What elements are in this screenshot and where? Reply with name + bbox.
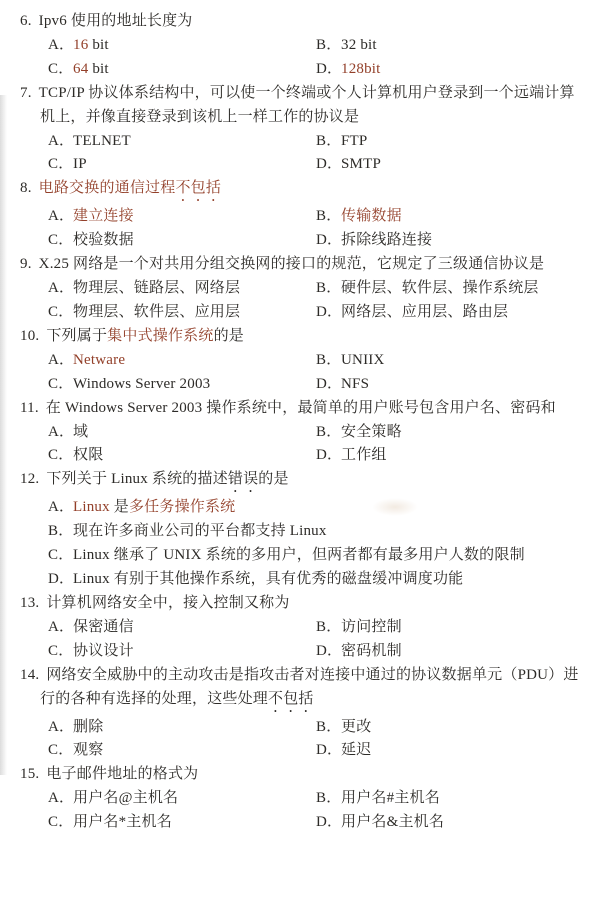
option-text: 用户名@主机名 bbox=[73, 790, 178, 806]
text-segment: 现在许多商业公司的平台都支持 Linux bbox=[73, 523, 327, 539]
option: D．128bit bbox=[316, 58, 584, 82]
text-segment: 观察 bbox=[73, 742, 103, 758]
option: C．64 bit bbox=[48, 58, 316, 82]
text-segment: Linux 继承了 UNIX 系统的多用户，但两者都有最多用户人数的限制 bbox=[73, 547, 525, 563]
option-text: 硬件层、软件层、操作系统层 bbox=[341, 280, 539, 296]
option: D．Linux 有别于其他操作系统，具有优秀的磁盘缓冲调度功能 bbox=[48, 568, 584, 592]
option-text: 删除 bbox=[73, 719, 103, 735]
option-label: A． bbox=[48, 34, 73, 58]
text-segment: TCP/IP 协议体系结构中，可以使一个终端或个人计算机用户登录到一个远端计算机… bbox=[39, 85, 575, 125]
option-label: B． bbox=[316, 349, 341, 373]
question-title: 13.计算机网络安全中，接入控制又称为 bbox=[0, 592, 584, 616]
text-segment: 电路交换的通信过程 bbox=[39, 180, 176, 196]
option: B．32 bit bbox=[316, 34, 584, 58]
option: C．IP bbox=[48, 153, 316, 177]
text-segment: 建立连接 bbox=[73, 208, 134, 224]
text-segment: 32 bit bbox=[341, 37, 377, 53]
text-segment: 的是 bbox=[258, 471, 288, 487]
option: B．更改 bbox=[316, 716, 584, 740]
text-segment: 计算机网络安全中，接入控制又称为 bbox=[46, 595, 289, 611]
option-text: 用户名&主机名 bbox=[341, 814, 444, 830]
text-segment: 集中式操作系统 bbox=[107, 328, 213, 344]
option-label: C． bbox=[48, 640, 73, 664]
option: A．Linux 是多任务操作系统 bbox=[48, 496, 584, 520]
question: 15.电子邮件地址的格式为A．用户名@主机名B．用户名#主机名C．用户名*主机名… bbox=[0, 763, 584, 835]
text-segment: Windows Server 2003 bbox=[73, 376, 210, 392]
question-title: 8.电路交换的通信过程不包括 bbox=[0, 177, 584, 205]
option-text: 物理层、软件层、应用层 bbox=[73, 304, 240, 320]
option: C．协议设计 bbox=[48, 640, 316, 664]
option-text: 用户名#主机名 bbox=[341, 790, 440, 806]
question-title: 6.Ipv6 使用的地址长度为 bbox=[0, 10, 584, 34]
option-label: C． bbox=[48, 373, 73, 397]
text-segment: 延迟 bbox=[341, 742, 371, 758]
option-text: 访问控制 bbox=[341, 619, 402, 635]
options-grid: A．域B．安全策略C．权限D．工作组 bbox=[0, 421, 584, 469]
text-segment: 硬件层、软件层、操作系统层 bbox=[341, 280, 539, 296]
text-segment: 安全策略 bbox=[341, 424, 402, 440]
question-title: 11.在 Windows Server 2003 操作系统中，最简单的用户账号包… bbox=[0, 397, 584, 421]
text-segment: UNIIX bbox=[341, 352, 385, 368]
option-label: B． bbox=[316, 205, 341, 229]
option: B．FTP bbox=[316, 130, 584, 154]
text-segment: NFS bbox=[341, 376, 369, 392]
option-label: C． bbox=[48, 58, 73, 82]
question-list: 6.Ipv6 使用的地址长度为A．16 bitB．32 bitC．64 bitD… bbox=[0, 10, 584, 835]
option: C．观察 bbox=[48, 739, 316, 763]
option-label: C． bbox=[48, 301, 73, 325]
option-text: Netware bbox=[73, 352, 125, 368]
text-segment: Linux 有别于其他操作系统，具有优秀的磁盘缓冲调度功能 bbox=[73, 571, 463, 587]
text-segment: TELNET bbox=[73, 133, 131, 149]
option: A．TELNET bbox=[48, 130, 316, 154]
option-label: D． bbox=[316, 640, 341, 664]
text-segment: 电子邮件地址的格式为 bbox=[46, 766, 198, 782]
option: C．校验数据 bbox=[48, 229, 316, 253]
option-text: 16 bit bbox=[73, 37, 109, 53]
option-label: C． bbox=[48, 739, 73, 763]
option-label: B． bbox=[316, 130, 341, 154]
option: B．安全策略 bbox=[316, 421, 584, 445]
option-text: 用户名*主机名 bbox=[73, 814, 172, 830]
text-segment: 下列属于 bbox=[46, 328, 107, 344]
option-label: A． bbox=[48, 496, 73, 520]
option-label: A． bbox=[48, 787, 73, 811]
option: A．Netware bbox=[48, 349, 316, 373]
options-grid: A．保密通信B．访问控制C．协议设计D．密码机制 bbox=[0, 616, 584, 664]
question-title: 10.下列属于集中式操作系统的是 bbox=[0, 325, 584, 349]
option: A．域 bbox=[48, 421, 316, 445]
text-segment: X.25 网络是一个对共用分组交换网的接口的规范，它规定了三级通信协议是 bbox=[39, 256, 545, 272]
option: B．访问控制 bbox=[316, 616, 584, 640]
text-segment: 物理层、软件层、应用层 bbox=[73, 304, 240, 320]
option-text: 网络层、应用层、路由层 bbox=[341, 304, 508, 320]
options-grid: A．NetwareB．UNIIXC．Windows Server 2003D．N… bbox=[0, 349, 584, 397]
text-segment: 用户名@主机名 bbox=[73, 790, 178, 806]
question-title: 14.网络安全威胁中的主动攻击是指攻击者对连接中通过的协议数据单元（PDU）进行… bbox=[0, 664, 584, 716]
question-title: 7.TCP/IP 协议体系结构中，可以使一个终端或个人计算机用户登录到一个远端计… bbox=[0, 82, 584, 130]
option-label: D． bbox=[48, 568, 73, 592]
question: 13.计算机网络安全中，接入控制又称为A．保密通信B．访问控制C．协议设计D．密… bbox=[0, 592, 584, 664]
option-text: Linux 继承了 UNIX 系统的多用户，但两者都有最多用户人数的限制 bbox=[73, 547, 525, 563]
option: B．现在许多商业公司的平台都支持 Linux bbox=[48, 520, 584, 544]
text-segment: 域 bbox=[73, 424, 88, 440]
option-text: 32 bit bbox=[341, 37, 377, 53]
option-label: D． bbox=[316, 739, 341, 763]
option: B．硬件层、软件层、操作系统层 bbox=[316, 277, 584, 301]
option: D．延迟 bbox=[316, 739, 584, 763]
question: 14.网络安全威胁中的主动攻击是指攻击者对连接中通过的协议数据单元（PDU）进行… bbox=[0, 664, 584, 764]
option-label: D． bbox=[316, 373, 341, 397]
option-label: D． bbox=[316, 229, 341, 253]
option: A．建立连接 bbox=[48, 205, 316, 229]
option: A．用户名@主机名 bbox=[48, 787, 316, 811]
question: 11.在 Windows Server 2003 操作系统中，最简单的用户账号包… bbox=[0, 397, 584, 469]
option-text: Linux 有别于其他操作系统，具有优秀的磁盘缓冲调度功能 bbox=[73, 571, 463, 587]
text-segment: 工作组 bbox=[341, 447, 387, 463]
option-text: Windows Server 2003 bbox=[73, 376, 210, 392]
text-segment: FTP bbox=[341, 133, 367, 149]
option-text: 建立连接 bbox=[73, 208, 134, 224]
text-segment: 传输数据 bbox=[341, 208, 402, 224]
option-label: D． bbox=[316, 444, 341, 468]
option-label: C． bbox=[48, 444, 73, 468]
text-segment: 删除 bbox=[73, 719, 103, 735]
question-title: 15.电子邮件地址的格式为 bbox=[0, 763, 584, 787]
text-segment: SMTP bbox=[341, 156, 381, 172]
text-segment: IP bbox=[73, 156, 87, 172]
option-text: SMTP bbox=[341, 156, 381, 172]
question-number: 9. bbox=[20, 256, 32, 272]
text-segment: 校验数据 bbox=[73, 232, 134, 248]
option: C．Linux 继承了 UNIX 系统的多用户，但两者都有最多用户人数的限制 bbox=[48, 544, 584, 568]
option-label: D． bbox=[316, 153, 341, 177]
option: D．用户名&主机名 bbox=[316, 811, 584, 835]
text-segment: 网络层、应用层、路由层 bbox=[341, 304, 508, 320]
text-segment: 的是 bbox=[214, 328, 244, 344]
options-grid: A．建立连接B．传输数据C．校验数据D．拆除线路连接 bbox=[0, 205, 584, 253]
text-segment: 用户名#主机名 bbox=[341, 790, 440, 806]
text-segment: 权限 bbox=[73, 447, 103, 463]
option-text: 协议设计 bbox=[73, 643, 134, 659]
text-segment: 保密通信 bbox=[73, 619, 134, 635]
question: 8.电路交换的通信过程不包括A．建立连接B．传输数据C．校验数据D．拆除线路连接 bbox=[0, 177, 584, 253]
text-segment: Netware bbox=[73, 352, 125, 368]
text-segment: 密码机制 bbox=[341, 643, 402, 659]
question-number: 6. bbox=[20, 13, 32, 29]
options-grid: A．用户名@主机名B．用户名#主机名C．用户名*主机名D．用户名&主机名 bbox=[0, 787, 584, 835]
text-segment: 协议设计 bbox=[73, 643, 134, 659]
option: A．删除 bbox=[48, 716, 316, 740]
options-grid: A．物理层、链路层、网络层B．硬件层、软件层、操作系统层C．物理层、软件层、应用… bbox=[0, 277, 584, 325]
text-segment: bit bbox=[88, 61, 108, 77]
text-segment: 用户名*主机名 bbox=[73, 814, 172, 830]
question-number: 14. bbox=[20, 667, 39, 683]
option-label: D． bbox=[316, 301, 341, 325]
option: C．Windows Server 2003 bbox=[48, 373, 316, 397]
question-number: 10. bbox=[20, 328, 39, 344]
option-text: 观察 bbox=[73, 742, 103, 758]
option: C．权限 bbox=[48, 444, 316, 468]
option: D．SMTP bbox=[316, 153, 584, 177]
text-segment: 错误 bbox=[228, 471, 258, 487]
option-label: D． bbox=[316, 811, 341, 835]
option-label: A． bbox=[48, 716, 73, 740]
option-text: 权限 bbox=[73, 447, 103, 463]
option: A．物理层、链路层、网络层 bbox=[48, 277, 316, 301]
question: 6.Ipv6 使用的地址长度为A．16 bitB．32 bitC．64 bitD… bbox=[0, 10, 584, 82]
option-label: B． bbox=[316, 716, 341, 740]
option-label: A． bbox=[48, 277, 73, 301]
option-text: 更改 bbox=[341, 719, 371, 735]
option: D．网络层、应用层、路由层 bbox=[316, 301, 584, 325]
option-label: B． bbox=[316, 787, 341, 811]
options-grid: A．删除B．更改C．观察D．延迟 bbox=[0, 716, 584, 764]
question-number: 13. bbox=[20, 595, 39, 611]
option: C．用户名*主机名 bbox=[48, 811, 316, 835]
option-label: C． bbox=[48, 544, 73, 568]
text-segment: 访问控制 bbox=[341, 619, 402, 635]
text-segment: 是 bbox=[114, 499, 129, 515]
option-text: UNIIX bbox=[341, 352, 385, 368]
option: B．传输数据 bbox=[316, 205, 584, 229]
option-text: 现在许多商业公司的平台都支持 Linux bbox=[73, 523, 327, 539]
option-text: 延迟 bbox=[341, 742, 371, 758]
options-grid: A．TELNETB．FTPC．IPD．SMTP bbox=[0, 130, 584, 178]
text-segment: 下列关于 Linux 系统的描述 bbox=[46, 471, 228, 487]
option-label: B． bbox=[316, 616, 341, 640]
text-segment: 16 bbox=[73, 37, 88, 53]
option-label: A． bbox=[48, 421, 73, 445]
option-text: NFS bbox=[341, 376, 369, 392]
text-segment: 更改 bbox=[341, 719, 371, 735]
option-text: 64 bit bbox=[73, 61, 109, 77]
options-grid: A．Linux 是多任务操作系统B．现在许多商业公司的平台都支持 LinuxC．… bbox=[0, 496, 584, 592]
option-text: FTP bbox=[341, 133, 367, 149]
option-label: A． bbox=[48, 349, 73, 373]
option-label: D． bbox=[316, 58, 341, 82]
text-segment: 用户名&主机名 bbox=[341, 814, 444, 830]
text-segment: 不包括 bbox=[268, 691, 314, 707]
question: 9.X.25 网络是一个对共用分组交换网的接口的规范，它规定了三级通信协议是A．… bbox=[0, 253, 584, 325]
option-label: B． bbox=[316, 421, 341, 445]
text-segment: bit bbox=[88, 37, 108, 53]
option: D．NFS bbox=[316, 373, 584, 397]
option-text: 工作组 bbox=[341, 447, 387, 463]
option-text: 域 bbox=[73, 424, 88, 440]
text-segment: 拆除线路连接 bbox=[341, 232, 432, 248]
option: D．工作组 bbox=[316, 444, 584, 468]
text-segment: 多任务操作系统 bbox=[129, 499, 235, 515]
question-number: 12. bbox=[20, 471, 39, 487]
text-segment: 物理层、链路层、网络层 bbox=[73, 280, 240, 296]
option: D．密码机制 bbox=[316, 640, 584, 664]
option-text: TELNET bbox=[73, 133, 131, 149]
option-text: 拆除线路连接 bbox=[341, 232, 432, 248]
option-text: Linux 是多任务操作系统 bbox=[73, 499, 235, 515]
text-segment: 在 Windows Server 2003 操作系统中，最简单的用户账号包含用户… bbox=[46, 400, 556, 416]
question: 10.下列属于集中式操作系统的是A．NetwareB．UNIIXC．Window… bbox=[0, 325, 584, 397]
options-grid: A．16 bitB．32 bitC．64 bitD．128bit bbox=[0, 34, 584, 82]
option-label: B． bbox=[48, 520, 73, 544]
option: C．物理层、软件层、应用层 bbox=[48, 301, 316, 325]
text-segment: 不包括 bbox=[175, 180, 221, 196]
text-segment: 128bit bbox=[341, 61, 381, 77]
option: B．UNIIX bbox=[316, 349, 584, 373]
option: A．保密通信 bbox=[48, 616, 316, 640]
option: D．拆除线路连接 bbox=[316, 229, 584, 253]
exam-page: 6.Ipv6 使用的地址长度为A．16 bitB．32 bitC．64 bitD… bbox=[0, 0, 600, 914]
text-segment: Ipv6 使用的地址长度为 bbox=[39, 13, 193, 29]
question: 7.TCP/IP 协议体系结构中，可以使一个终端或个人计算机用户登录到一个远端计… bbox=[0, 82, 584, 178]
question-title: 12.下列关于 Linux 系统的描述错误的是 bbox=[0, 468, 584, 496]
option-label: A． bbox=[48, 130, 73, 154]
option-text: 安全策略 bbox=[341, 424, 402, 440]
option-text: 物理层、链路层、网络层 bbox=[73, 280, 240, 296]
option: B．用户名#主机名 bbox=[316, 787, 584, 811]
option-label: A． bbox=[48, 616, 73, 640]
question-number: 8. bbox=[20, 180, 32, 196]
option-text: 密码机制 bbox=[341, 643, 402, 659]
option-label: C． bbox=[48, 811, 73, 835]
text-segment: Linux bbox=[73, 499, 114, 515]
option-label: A． bbox=[48, 205, 73, 229]
question-number: 11. bbox=[20, 400, 39, 416]
question-number: 15. bbox=[20, 766, 39, 782]
option: A．16 bit bbox=[48, 34, 316, 58]
option-label: B． bbox=[316, 34, 341, 58]
option-text: 128bit bbox=[341, 61, 381, 77]
option-label: B． bbox=[316, 277, 341, 301]
option-text: IP bbox=[73, 156, 87, 172]
question-title: 9.X.25 网络是一个对共用分组交换网的接口的规范，它规定了三级通信协议是 bbox=[0, 253, 584, 277]
question-number: 7. bbox=[20, 85, 32, 101]
option-text: 校验数据 bbox=[73, 232, 134, 248]
text-segment: 64 bbox=[73, 61, 88, 77]
option-text: 保密通信 bbox=[73, 619, 134, 635]
option-label: C． bbox=[48, 229, 73, 253]
option-text: 传输数据 bbox=[341, 208, 402, 224]
question: 12.下列关于 Linux 系统的描述错误的是A．Linux 是多任务操作系统B… bbox=[0, 468, 584, 592]
option-label: C． bbox=[48, 153, 73, 177]
